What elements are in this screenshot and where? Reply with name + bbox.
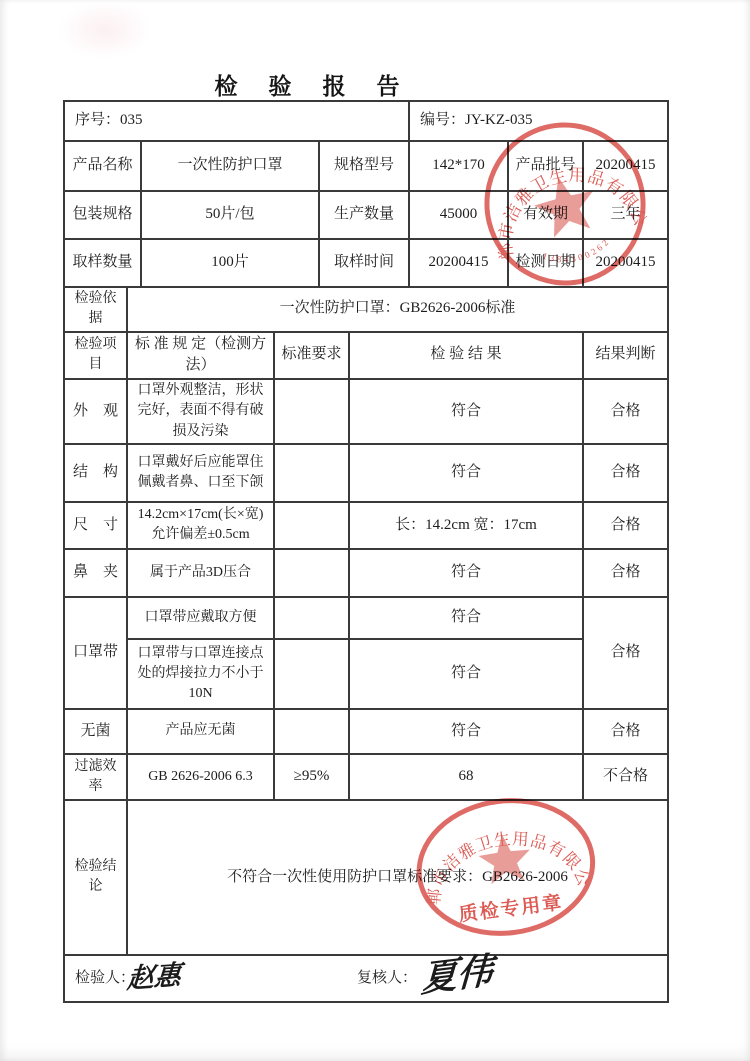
result-row-noseclip: 鼻 夹 属于产品3D压合 符合 合格 <box>64 549 668 597</box>
result-row-filtration: 过滤效率 GB 2626-2006 6.3 ≥95% 68 不合格 <box>64 754 668 800</box>
field-label: 产品名称 <box>64 141 141 191</box>
test-result: 符合 <box>349 597 583 639</box>
conclusion-label: 检验结论 <box>64 800 127 955</box>
table-row: 检验依据 一次性防护口罩：GB2626-2006标准 <box>64 287 668 332</box>
report-number: 编号：JY-KZ-035 <box>409 101 668 141</box>
requirement <box>274 709 349 754</box>
field-label: 取样时间 <box>319 239 409 287</box>
field-label: 产品批号 <box>508 141 583 191</box>
table-row: 产品名称 一次性防护口罩 规格型号 142*170 产品批号 20200415 <box>64 141 668 191</box>
results-header-row: 检验项目 标 准 规 定（检测方法） 标准要求 检 验 结 果 结果判断 <box>64 332 668 380</box>
requirement <box>274 379 349 444</box>
table-row: 包装规格 50片/包 生产数量 45000 有效期 三年 <box>64 191 668 239</box>
reviewer-signature: 夏伟 <box>420 945 494 1007</box>
field-label: 取样数量 <box>64 239 141 287</box>
reviewer-label: 复核人： <box>357 968 417 990</box>
basis-label: 检验依据 <box>64 287 127 332</box>
field-value: 20200415 <box>583 239 668 287</box>
item-name: 过滤效率 <box>64 754 127 800</box>
requirement: ≥95% <box>274 754 349 800</box>
standard-text: 口罩外观整洁，形状完好，表面不得有破损及污染 <box>127 379 274 444</box>
result-row-sterile: 无菌 产品应无菌 符合 合格 <box>64 709 668 754</box>
field-label: 检测日期 <box>508 239 583 287</box>
standard-text: 14.2cm×17cm(长×宽) 允许偏差±0.5cm <box>127 502 274 549</box>
signature-cell: 检验人： 赵惠 复核人： 夏伟 <box>64 955 668 1002</box>
requirement <box>274 502 349 549</box>
requirement <box>274 549 349 597</box>
standard-text: 口罩带应戴取方便 <box>127 597 274 639</box>
result-row-strap-2: 口罩带与口罩连接点处的焊接拉力不小于10N 符合 <box>64 639 668 709</box>
conclusion-value: 不符合一次性使用防护口罩标准要求：GB2626-2006 <box>127 800 668 955</box>
item-name: 结 构 <box>64 444 127 502</box>
standard-text: 口罩带与口罩连接点处的焊接拉力不小于10N <box>127 639 274 709</box>
field-value: 20200415 <box>409 239 508 287</box>
test-result: 长：14.2cm 宽：17cm <box>349 502 583 549</box>
test-results-table: 检验依据 一次性防护口罩：GB2626-2006标准 检验项目 标 准 规 定（… <box>63 286 669 1003</box>
report-tables: 序号：035 编号：JY-KZ-035 产品名称 一次性防护口罩 规格型号 14… <box>63 100 667 1003</box>
field-value: 50片/包 <box>141 191 319 239</box>
column-header: 标 准 规 定（检测方法） <box>127 332 274 380</box>
item-name: 外 观 <box>64 379 127 444</box>
standard-text: GB 2626-2006 6.3 <box>127 754 274 800</box>
requirement <box>274 444 349 502</box>
product-info-table: 序号：035 编号：JY-KZ-035 产品名称 一次性防护口罩 规格型号 14… <box>63 100 669 288</box>
item-name: 无菌 <box>64 709 127 754</box>
basis-value: 一次性防护口罩：GB2626-2006标准 <box>127 287 668 332</box>
judgement: 合格 <box>583 597 668 709</box>
table-row: 取样数量 100片 取样时间 20200415 检测日期 20200415 <box>64 239 668 287</box>
serial-number: 序号：035 <box>64 101 409 141</box>
judgement: 合格 <box>583 709 668 754</box>
judgement: 合格 <box>583 444 668 502</box>
test-result: 符合 <box>349 379 583 444</box>
field-value: 100片 <box>141 239 319 287</box>
item-name: 口罩带 <box>64 597 127 709</box>
requirement <box>274 639 349 709</box>
test-result: 68 <box>349 754 583 800</box>
signature-row: 检验人： 赵惠 复核人： 夏伟 <box>64 955 668 1002</box>
field-value: 一次性防护口罩 <box>141 141 319 191</box>
column-header: 检 验 结 果 <box>349 332 583 380</box>
table-row: 序号：035 编号：JY-KZ-035 <box>64 101 668 141</box>
test-result: 符合 <box>349 639 583 709</box>
standard-text: 口罩戴好后应能罩住佩戴者鼻、口至下颌 <box>127 444 274 502</box>
field-label: 包装规格 <box>64 191 141 239</box>
result-row-size: 尺 寸 14.2cm×17cm(长×宽) 允许偏差±0.5cm 长：14.2cm… <box>64 502 668 549</box>
page-title: 检 验 报 告 <box>63 68 555 101</box>
test-result: 符合 <box>349 549 583 597</box>
judgement: 合格 <box>583 502 668 549</box>
conclusion-row: 检验结论 不符合一次性使用防护口罩标准要求：GB2626-2006 <box>64 800 668 955</box>
field-value: 45000 <box>409 191 508 239</box>
judgement: 合格 <box>583 549 668 597</box>
scan-smudge <box>40 0 170 70</box>
field-value: 20200415 <box>583 141 668 191</box>
result-row-appearance: 外 观 口罩外观整洁，形状完好，表面不得有破损及污染 符合 合格 <box>64 379 668 444</box>
standard-text: 属于产品3D压合 <box>127 549 274 597</box>
item-name: 鼻 夹 <box>64 549 127 597</box>
standard-text: 产品应无菌 <box>127 709 274 754</box>
field-label: 生产数量 <box>319 191 409 239</box>
test-result: 符合 <box>349 444 583 502</box>
column-header: 结果判断 <box>583 332 668 380</box>
judgement: 不合格 <box>583 754 668 800</box>
item-name: 尺 寸 <box>64 502 127 549</box>
column-header: 检验项目 <box>64 332 127 380</box>
result-row-structure: 结 构 口罩戴好后应能罩住佩戴者鼻、口至下颌 符合 合格 <box>64 444 668 502</box>
field-label: 有效期 <box>508 191 583 239</box>
field-label: 规格型号 <box>319 141 409 191</box>
judgement: 合格 <box>583 379 668 444</box>
result-row-strap-1: 口罩带 口罩带应戴取方便 符合 合格 <box>64 597 668 639</box>
inspector-signature: 赵惠 <box>126 956 183 999</box>
column-header: 标准要求 <box>274 332 349 380</box>
test-result: 符合 <box>349 709 583 754</box>
field-value: 142*170 <box>409 141 508 191</box>
field-value: 三年 <box>583 191 668 239</box>
requirement <box>274 597 349 639</box>
inspection-report-page: 检 验 报 告 序号：035 编号：JY-KZ-035 产品名称 一次性防护口罩… <box>0 0 750 1061</box>
